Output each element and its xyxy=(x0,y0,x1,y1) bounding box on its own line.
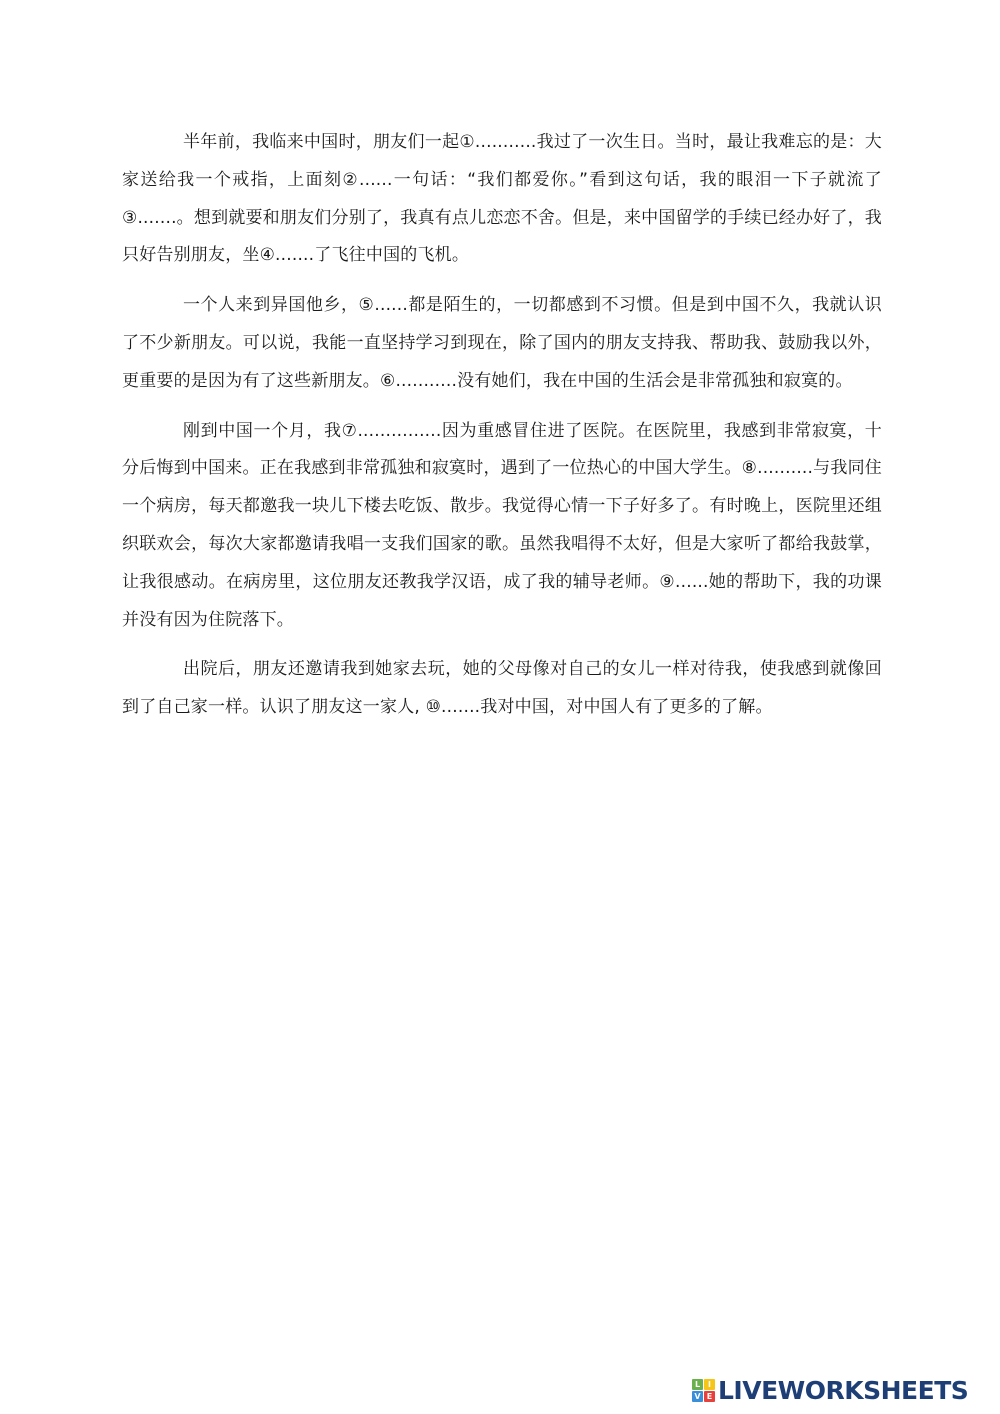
logo-tile-v: V xyxy=(692,1391,703,1402)
paragraph-3: 刚到中国一个月，我⑦...............因为重感冒住进了医院。在医院里… xyxy=(122,413,882,640)
live-tiles-icon: L I V E xyxy=(692,1379,715,1402)
liveworksheets-logo: L I V E LIVEWORKSHEETS xyxy=(692,1375,968,1405)
worksheet-page: 半年前，我临来中国时，朋友们一起①...........我过了一次生日。当时，最… xyxy=(122,124,882,739)
paragraph-4: 出院后，朋友还邀请我到她家去玩，她的父母像对自己的女儿一样对待我，使我感到就像回… xyxy=(122,651,882,727)
logo-tile-e: E xyxy=(704,1391,715,1402)
paragraph-2: 一个人来到异国他乡，⑤......都是陌生的，一切都感到不习惯。但是到中国不久，… xyxy=(122,287,882,400)
logo-tile-i: I xyxy=(704,1379,715,1390)
logo-tile-l: L xyxy=(692,1379,703,1390)
logo-wordmark: LIVEWORKSHEETS xyxy=(718,1376,968,1405)
paragraph-1: 半年前，我临来中国时，朋友们一起①...........我过了一次生日。当时，最… xyxy=(122,124,882,275)
